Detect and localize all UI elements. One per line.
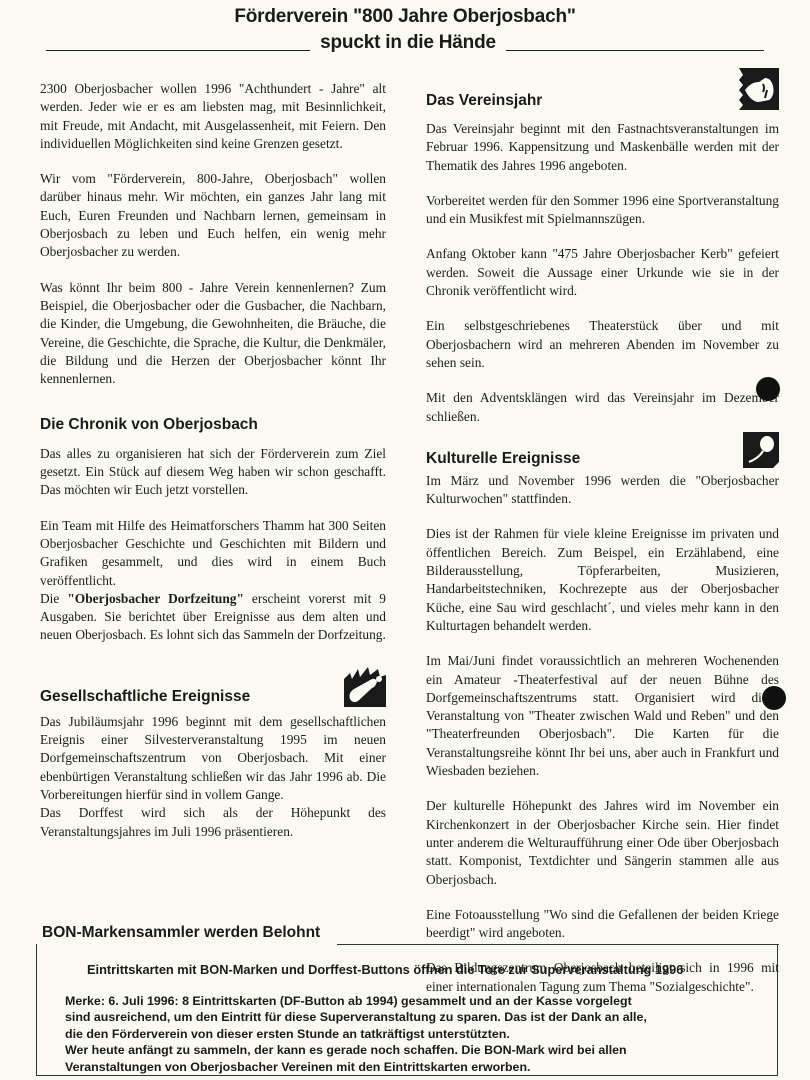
champagne-bottle-icon	[344, 665, 386, 707]
gesellschaft-heading-row: Gesellschaftliche Ereignisse	[40, 665, 386, 707]
bon-intro: Eintrittskarten mit BON-Marken und Dorff…	[87, 962, 757, 979]
right-column: Das Vereinsjahr Das Vereinsjahr beginnt …	[426, 80, 779, 996]
carnival-mask-icon	[737, 68, 779, 110]
vereinsjahr-paragraph-3: Anfang Oktober kann "475 Jahre Oberjosba…	[426, 245, 779, 300]
gesellschaft-heading: Gesellschaftliche Ereignisse	[40, 688, 250, 706]
header-rule-left	[46, 50, 310, 51]
intro-paragraph-3: Was könnt Ihr beim 800 - Jahre Verein ke…	[40, 279, 386, 389]
chronik-heading: Die Chronik von Oberjosbach	[40, 416, 258, 434]
intro-paragraph-2: Wir vom "Förderverein, 800-Jahre, Oberjo…	[40, 170, 386, 261]
kultur-paragraph-2: Dies ist der Rahmen für viele kleine Ere…	[426, 525, 779, 635]
balloon-icon	[743, 432, 779, 468]
bon-line-1: Merke: 6. Juli 1996: 8 Eintrittskarten (…	[65, 993, 757, 1010]
page-header: Förderverein "800 Jahre Oberjosbach" spu…	[0, 4, 810, 56]
bon-heading: BON-Markensammler werden Belohnt	[42, 924, 320, 942]
chronik-paragraph-2: Ein Team mit Hilfe des Heimatforschers T…	[40, 517, 386, 590]
kultur-paragraph-3: Im Mai/Juni findet voraussichtlich an me…	[426, 652, 779, 780]
vereinsjahr-paragraph-2: Vorbereitet werden für den Sommer 1996 e…	[426, 192, 779, 229]
bon-line-3: die den Förderverein von dieser ersten S…	[65, 1026, 757, 1043]
chronik-heading-row: Die Chronik von Oberjosbach	[40, 416, 386, 434]
bon-line-5: Veranstaltungen von Oberjosbacher Verein…	[65, 1059, 757, 1076]
bon-box-top-rule	[337, 944, 779, 945]
kultur-heading: Kulturelle Ereignisse	[426, 450, 580, 468]
bon-line-2: sind ausreichend, um den Eintritt für di…	[65, 1009, 757, 1026]
kultur-heading-row: Kulturelle Ereignisse	[426, 432, 779, 468]
left-column: 2300 Oberjosbacher wollen 1996 "Achthund…	[40, 80, 386, 841]
intro-paragraph-1: 2300 Oberjosbacher wollen 1996 "Achthund…	[40, 80, 386, 153]
vereinsjahr-heading-row: Das Vereinsjahr	[426, 68, 779, 110]
title-line-1: Förderverein "800 Jahre Oberjosbach"	[0, 4, 810, 30]
title-line-2-row: spuckt in die Hände	[0, 30, 810, 56]
dorfzeitung-title: "Oberjosbacher Dorfzeitung"	[67, 591, 244, 606]
punch-hole-bottom	[762, 686, 786, 710]
chronik-paragraph-1: Das alles zu organisieren hat sich der F…	[40, 445, 386, 500]
gesellschaft-paragraph-2: Das Dorffest wird sich als der Höhepunkt…	[40, 804, 386, 841]
vereinsjahr-paragraph-1: Das Vereinsjahr beginnt mit den Fastnach…	[426, 120, 779, 175]
newsletter-page: Förderverein "800 Jahre Oberjosbach" spu…	[0, 0, 810, 1080]
kultur-paragraph-1: Im März und November 1996 werden die "Ob…	[426, 472, 779, 509]
chronik-paragraph-3: Die "Oberjosbacher Dorfzeitung" erschein…	[40, 590, 386, 645]
header-rule-right	[506, 50, 764, 51]
vereinsjahr-heading: Das Vereinsjahr	[426, 92, 542, 110]
bon-line-4: Wer heute anfängt zu sammeln, der kann e…	[65, 1042, 757, 1059]
vereinsjahr-paragraph-4: Ein selbstgeschriebenes Theaterstück übe…	[426, 317, 779, 372]
kultur-paragraph-5: Eine Fotoausstellung "Wo sind die Gefall…	[426, 906, 779, 943]
vereinsjahr-paragraph-5: Mit den Adventsklängen wird das Vereinsj…	[426, 389, 779, 426]
punch-hole-top	[756, 377, 780, 401]
bon-info-box: Eintrittskarten mit BON-Marken und Dorff…	[36, 944, 778, 1076]
title-line-2: spuckt in die Hände	[320, 30, 496, 56]
chronik-p3-prefix: Die	[40, 591, 67, 606]
kultur-paragraph-4: Der kulturelle Höhepunkt des Jahres wird…	[426, 797, 779, 888]
gesellschaft-paragraph-1: Das Jubiläumsjahr 1996 beginnt mit dem g…	[40, 713, 386, 804]
